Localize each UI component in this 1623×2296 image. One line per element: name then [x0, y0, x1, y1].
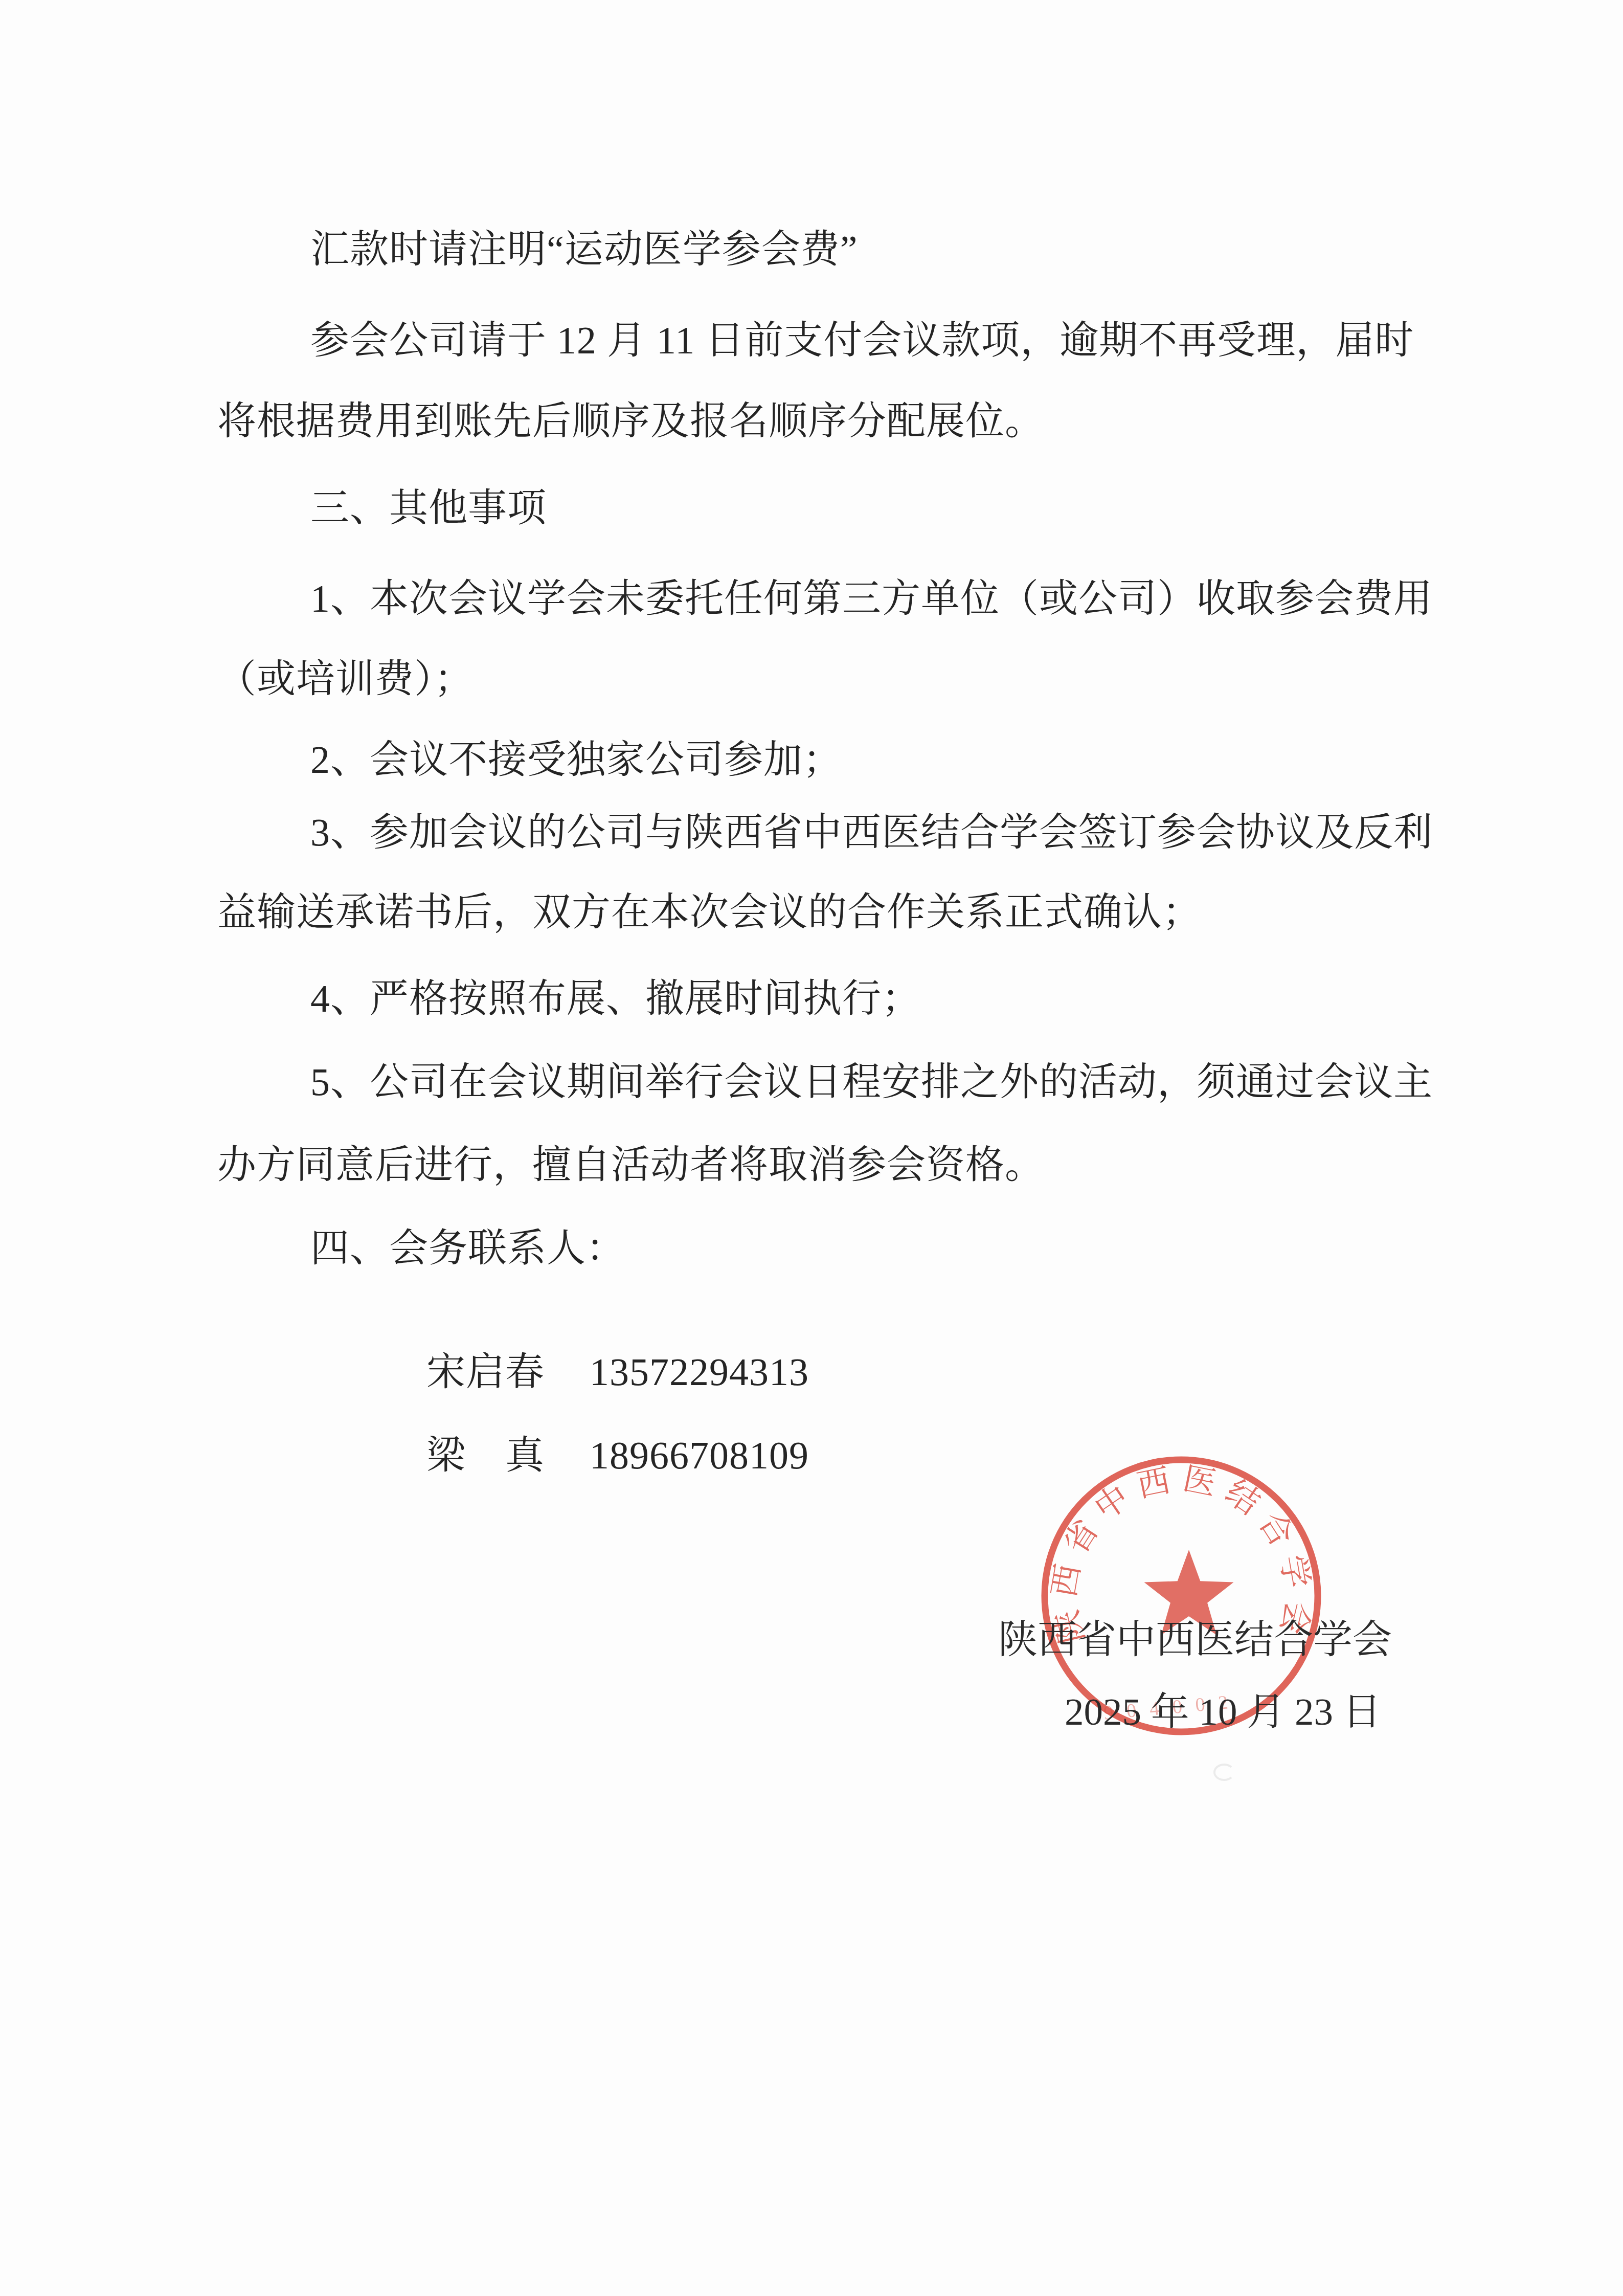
item-2: 2、会议不接受独家公司参加；: [310, 740, 842, 781]
document-page: 汇款时请注明“运动医学参会费” 参会公司请于 12 月 11 日前支付会议款项，…: [0, 0, 1623, 2296]
heading-other-matters: 三、其他事项: [310, 488, 547, 529]
item-1-cont: （或培训费）；: [217, 659, 474, 700]
contact-phone: 13572294313: [590, 1351, 809, 1394]
contact-phone: 18966708109: [590, 1434, 809, 1477]
contact-name: 宋启春: [426, 1351, 545, 1394]
para-remit-note: 汇款时请注明“运动医学参会费”: [310, 229, 858, 270]
contact-name: 梁 真: [426, 1434, 545, 1477]
item-5-cont: 办方同意后进行，擅自活动者将取消参会资格。: [217, 1145, 1044, 1186]
scan-smudge: [1213, 1764, 1235, 1781]
item-3: 3、参加会议的公司与陕西省中西医结合学会签订参会协议及反利: [310, 812, 1433, 853]
para-payment-deadline-cont: 将根据费用到账先后顺序及报名顺序分配展位。: [217, 401, 1044, 442]
signature-date: 2025 年 10 月 23 日: [1065, 1692, 1381, 1732]
item-1: 1、本次会议学会未委托任何第三方单位（或公司）收取参会费用: [310, 578, 1433, 619]
para-payment-deadline: 参会公司请于 12 月 11 日前支付会议款项，逾期不再受理，届时: [310, 320, 1414, 361]
item-4: 4、严格按照布展、撤展时间执行；: [310, 978, 921, 1019]
contact-row: 梁 真18966708109: [386, 1394, 809, 1517]
signature-org: 陕西省中西医结合学会: [998, 1619, 1392, 1660]
item-3-cont: 益输送承诺书后，双方在本次会议的合作关系正式确认；: [217, 892, 1202, 933]
heading-contacts: 四、会务联系人：: [310, 1228, 625, 1269]
item-5: 5、公司在会议期间举行会议日程安排之外的活动，须通过会议主: [310, 1062, 1433, 1103]
